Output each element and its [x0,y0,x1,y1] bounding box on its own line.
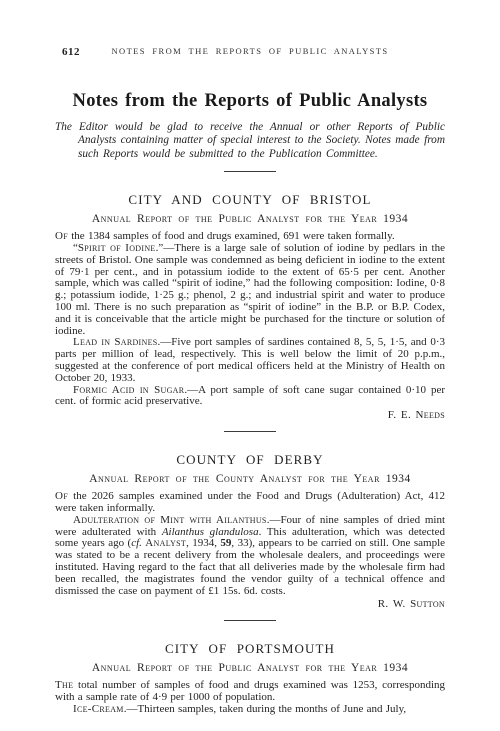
section-subheading: Annual Report of the Public Analyst for … [55,213,445,225]
section-divider-rule [224,171,276,172]
section-divider-rule [224,620,276,621]
paragraph: The total number of samples of food and … [55,680,445,704]
analyst-signature: F. E. Needs [55,409,445,421]
text-run-sc: The [55,679,73,691]
paragraph: Formic Acid in Sugar.—A port sample of s… [55,385,445,409]
analyst-signature: R. W. Sutton [55,598,445,610]
text-run-i: Ailanthus glandulosa [162,526,259,538]
running-head: NOTES FROM THE REPORTS OF PUBLIC ANALYST… [55,46,445,56]
paragraph: Of the 2026 samples examined under the F… [55,491,445,515]
text-run-sc: Formic Acid in Sugar [73,384,184,396]
section-heading: CITY AND COUNTY OF BRISTOL [55,192,445,208]
report-section-2: COUNTY OF DERBYAnnual Report of the Coun… [55,431,445,610]
text-run-sc: Lead in Sardines [73,336,158,348]
text-run: , 1934, [186,537,220,549]
page-header: 612 NOTES FROM THE REPORTS OF PUBLIC ANA… [55,46,445,58]
journal-page: 612 NOTES FROM THE REPORTS OF PUBLIC ANA… [0,0,500,731]
text-run-i: cf. [131,537,142,549]
section-heading: COUNTY OF DERBY [55,452,445,468]
text-run-sc: Spirit of Iodine [78,242,156,254]
report-section-3: CITY OF PORTSMOUTHAnnual Report of the P… [55,620,445,715]
editor-note: The Editor would be glad to receive the … [55,121,445,161]
paragraph: Lead in Sardines.—Five port samples of s… [55,337,445,384]
text-run: .—Thirteen samples, taken during the mon… [124,703,406,715]
text-run-sc: Analyst [145,537,186,549]
text-run: the 1384 samples of food and drugs exami… [68,230,395,242]
section-subheading: Annual Report of the County Analyst for … [55,473,445,485]
paragraph: Ice-Cream.—Thirteen samples, taken durin… [55,704,445,716]
report-section-1: CITY AND COUNTY OF BRISTOLAnnual Report … [55,171,445,421]
section-heading: CITY OF PORTSMOUTH [55,641,445,657]
paragraph: “Spirit of Iodine.”—There is a large sal… [55,243,445,337]
text-run-sc: Of [55,490,68,502]
page-number: 612 [62,46,80,58]
text-run-b: 59 [220,537,231,549]
text-run-sc: Adulteration of Mint with Ailanthus [73,514,267,526]
text-run-sc: Ice-Cream [73,703,124,715]
section-divider-rule [224,431,276,432]
article-title: Notes from the Reports of Public Analyst… [55,91,445,112]
paragraph: Adulteration of Mint with Ailanthus.—Fou… [55,515,445,598]
text-run: .”—There is a large sale of solution of … [55,242,445,337]
text-run-sc: Of [55,230,68,242]
sections: CITY AND COUNTY OF BRISTOLAnnual Report … [55,171,445,716]
section-subheading: Annual Report of the Public Analyst for … [55,662,445,674]
text-run: total number of samples of food and drug… [55,679,445,703]
text-run: the 2026 samples examined under the Food… [55,490,445,514]
